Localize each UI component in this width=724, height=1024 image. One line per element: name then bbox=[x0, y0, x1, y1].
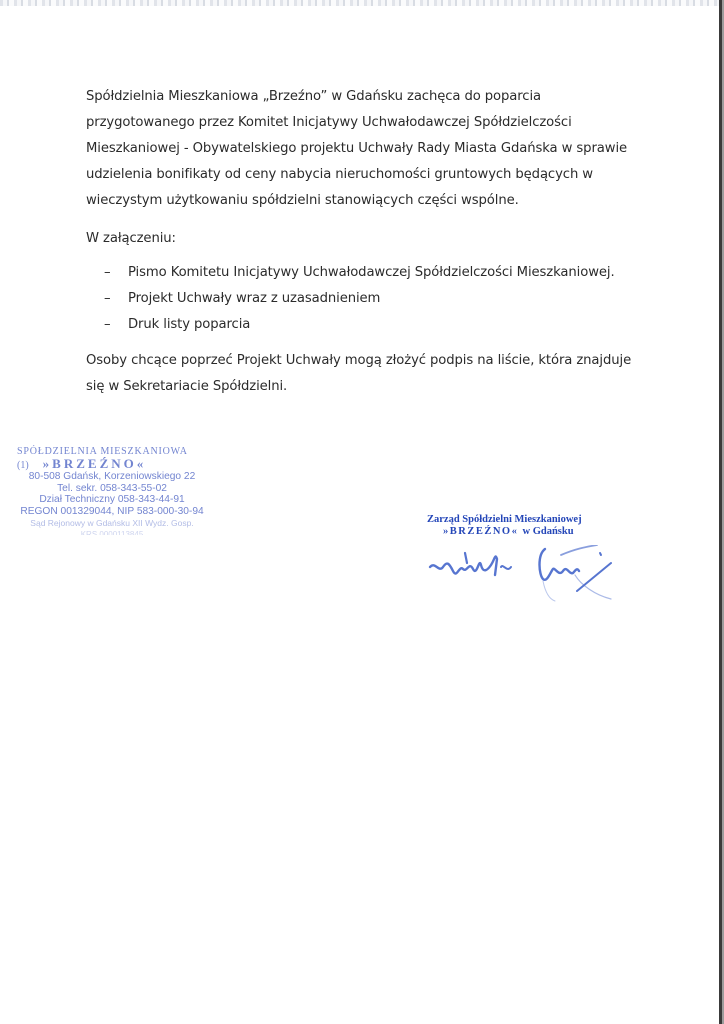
attachments-list: –Pismo Komitetu Inicjatywy Uchwałodawcze… bbox=[86, 260, 646, 338]
stamp-name: (1)»BRZEŹNO« bbox=[17, 458, 207, 472]
stamp-tech-phone: Dział Techniczny 058-343-44-91 bbox=[17, 494, 207, 506]
board-stamp: Zarząd Spółdzielni Mieszkaniowej »BRZEŹN… bbox=[427, 514, 627, 538]
list-item: –Pismo Komitetu Inicjatywy Uchwałodawcze… bbox=[104, 260, 646, 286]
dash-bullet-icon: – bbox=[104, 312, 111, 338]
stamp-krs: KRS 0000113845 bbox=[17, 529, 207, 535]
cooperative-address-stamp: SPÓŁDZIELNIA MIESZKANIOWA (1)»BRZEŹNO« 8… bbox=[17, 446, 207, 535]
list-item: –Projekt Uchwały wraz z uzasadnieniem bbox=[104, 286, 646, 312]
closing-paragraph: Osoby chcące poprzeć Projekt Uchwały mog… bbox=[86, 348, 646, 400]
signature-icon bbox=[425, 545, 625, 605]
dash-bullet-icon: – bbox=[104, 286, 111, 312]
board-stamp-title: Zarząd Spółdzielni Mieszkaniowej bbox=[427, 514, 627, 526]
intro-paragraph: Spółdzielnia Mieszkaniowa „Brzeźno” w Gd… bbox=[86, 84, 646, 214]
stamp-ids: REGON 001329044, NIP 583-000-30-94 bbox=[17, 506, 207, 518]
scan-edge-top bbox=[0, 0, 724, 6]
list-item: –Druk listy poparcia bbox=[104, 312, 646, 338]
attachments-heading: W załączeniu: bbox=[86, 226, 646, 252]
stamp-phone: Tel. sekr. 058-343-55-02 bbox=[17, 483, 207, 495]
letter-body: Spółdzielnia Mieszkaniowa „Brzeźno” w Gd… bbox=[86, 84, 646, 400]
board-stamp-name: »BRZEŹNO« w Gdańsku bbox=[427, 526, 627, 538]
stamp-address: 80-508 Gdańsk, Korzeniowskiego 22 bbox=[17, 471, 207, 483]
dash-bullet-icon: – bbox=[104, 260, 111, 286]
stamp-court: Sąd Rejonowy w Gdańsku XII Wydz. Gosp. bbox=[17, 518, 207, 530]
